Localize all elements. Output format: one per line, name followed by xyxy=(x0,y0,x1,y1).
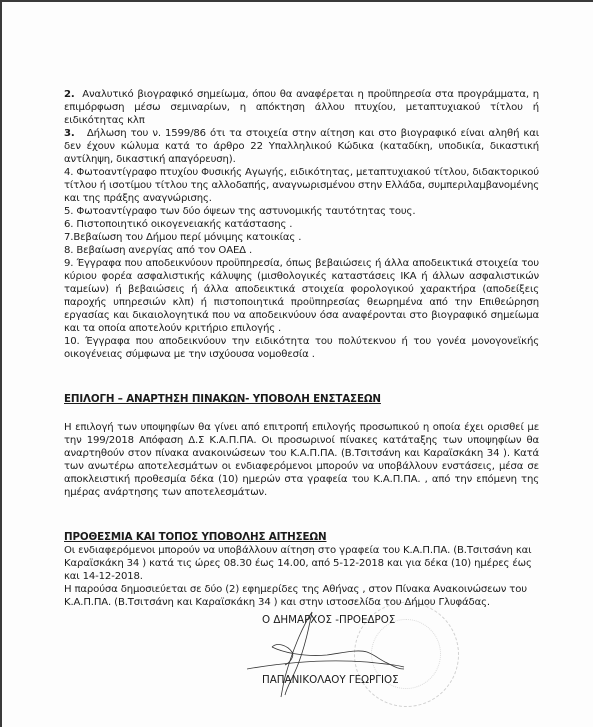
item-number: 4. xyxy=(64,167,73,178)
item-text: Δήλωση του ν. 1599/86 ότι τα στοιχεία στ… xyxy=(64,128,539,165)
section-heading-deadline: ΠΡΟΘΕΣΜΙΑ ΚΑΙ ΤΟΠΟΣ ΥΠΟΒΟΛΗΣ ΑΙΤΗΣΕΩΝ xyxy=(64,531,539,544)
item-text: Έγγραφα που αποδεικνύουν την ειδικότητα … xyxy=(64,336,539,360)
item-text: Βεβαίωση ανεργίας από τον ΟΑΕΔ . xyxy=(76,245,252,256)
list-item-9: 9. Έγγραφα που αποδεικνύουν προϋπηρεσία,… xyxy=(64,257,539,335)
list-item-3: 3. Δήλωση του ν. 1599/86 ότι τα στοιχεία… xyxy=(64,127,539,166)
section-body-selection: Η επιλογή των υποψηφίων θα γίνει από επι… xyxy=(64,421,539,499)
section-body-publication: Η παρούσα δημοσιεύεται σε δύο (2) εφημερ… xyxy=(64,583,539,609)
list-item-6: 6. Πιστοποιητικό οικογενειακής κατάσταση… xyxy=(64,218,539,231)
item-number: 3. xyxy=(64,128,75,139)
item-text: Φωτοαντίγραφο πτυχίου Φυσικής Αγωγής, ει… xyxy=(64,167,539,204)
section-body-deadline: Οι ενδιαφερόμενοι μπορούν να υποβάλλουν … xyxy=(64,544,539,583)
item-text: Αναλυτικό βιογραφικό σημείωμα, όπου θα α… xyxy=(64,89,539,126)
item-number: 5. xyxy=(64,206,73,217)
item-number: 6. xyxy=(64,219,73,230)
item-text: Πιστοποιητικό οικογενειακής κατάστασης . xyxy=(76,219,292,230)
item-text: Βεβαίωση του Δήμου περί μόνιμης κατοικία… xyxy=(73,232,301,243)
signatory-title: Ο ΔΗΜΑΡΧΟΣ -ΠΡΟΕΔΡΟΣ xyxy=(262,614,395,626)
item-text: Έγγραφα που αποδεικνύουν προϋπηρεσία, όπ… xyxy=(64,258,539,334)
document-content: 2. Αναλυτικό βιογραφικό σημείωμα, όπου θ… xyxy=(64,88,539,609)
list-item-8: 8. Βεβαίωση ανεργίας από τον ΟΑΕΔ . xyxy=(64,244,539,257)
list-item-10: 10. Έγγραφα που αποδεικνύουν την ειδικότ… xyxy=(64,335,539,361)
item-number: 10. xyxy=(64,336,80,347)
list-item-2: 2. Αναλυτικό βιογραφικό σημείωμα, όπου θ… xyxy=(64,88,539,127)
item-text: Φωτοαντίγραφο των δύο όψεων της αστυνομι… xyxy=(76,206,415,217)
item-number: 9. xyxy=(64,258,73,269)
list-item-5: 5. Φωτοαντίγραφο των δύο όψεων της αστυν… xyxy=(64,205,539,218)
list-item-4: 4. Φωτοαντίγραφο πτυχίου Φυσικής Αγωγής,… xyxy=(64,166,539,205)
item-number: 7. xyxy=(64,232,73,243)
document-page: 2. Αναλυτικό βιογραφικό σημείωμα, όπου θ… xyxy=(0,0,593,727)
item-number: 8. xyxy=(64,245,73,256)
list-item-7: 7.Βεβαίωση του Δήμου περί μόνιμης κατοικ… xyxy=(64,231,539,244)
item-number: 2. xyxy=(64,89,75,100)
signatory-name: ΠΑΠΑΝΙΚΟΛΑΟΥ ΓΕΩΡΓΙΟΣ xyxy=(262,674,399,686)
section-heading-selection: ΕΠΙΛΟΓΗ – ΑΝΑΡΤΗΣΗ ΠΙΝΑΚΩΝ- ΥΠΟΒΟΛΗ ΕΝΣΤ… xyxy=(64,393,539,406)
